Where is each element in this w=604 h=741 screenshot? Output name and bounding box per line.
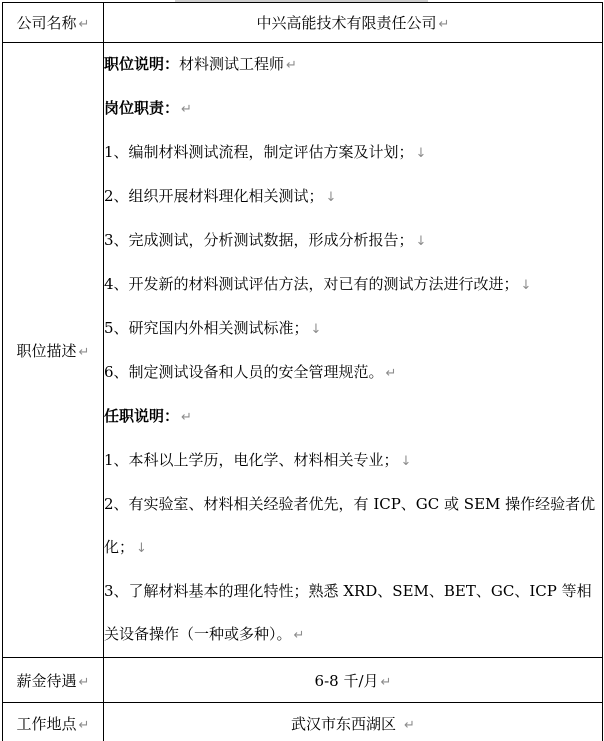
company-name-label: 公司名称 bbox=[17, 14, 77, 32]
paragraph-mark-icon: ↵ bbox=[439, 17, 450, 32]
table-row-company: 公司名称↵ 中兴高能技术有限责任公司↵ bbox=[3, 3, 603, 43]
paragraph-bold-label: 职位说明： bbox=[104, 55, 179, 73]
description-paragraph: 岗位职责：↵ bbox=[104, 87, 602, 131]
paragraph-text: 2、有实验室、材料相关经验者优先，有 ICP、GC 或 SEM 操作经验者优化； bbox=[104, 495, 595, 556]
location-value: 武汉市东西湖区 bbox=[291, 715, 396, 733]
company-name-value-cell: 中兴高能技术有限责任公司↵ bbox=[104, 3, 603, 43]
location-value-cell: 武汉市东西湖区↵ bbox=[104, 703, 603, 741]
description-paragraph: 2、组织开展材料理化相关测试；↓ bbox=[104, 175, 602, 219]
paragraph-mark-icon: ↵ bbox=[79, 345, 90, 360]
description-paragraph: 5、研究国内外相关测试标准；↓ bbox=[104, 307, 602, 351]
salary-value: 6-8 千/月 bbox=[315, 672, 379, 690]
job-posting-table: 公司名称↵ 中兴高能技术有限责任公司↵ 职位描述↵ 职位说明：材料测试工程师↵ … bbox=[2, 2, 603, 741]
location-label: 工作地点 bbox=[17, 715, 77, 733]
paragraph-mark-icon: ↵ bbox=[79, 675, 90, 690]
line-break-mark-icon: ↓ bbox=[136, 541, 147, 556]
paragraph-mark-icon: ↵ bbox=[79, 718, 90, 733]
paragraph-mark-icon: ↵ bbox=[294, 628, 305, 643]
description-paragraph: 4、开发新的材料测试评估方法，对已有的测试方法进行改进；↓ bbox=[104, 263, 602, 307]
paragraph-text: 2、组织开展材料理化相关测试； bbox=[104, 187, 324, 205]
table-row-salary: 薪金待遇↵ 6-8 千/月↵ bbox=[3, 658, 603, 703]
description-paragraph: 职位说明：材料测试工程师↵ bbox=[104, 43, 602, 87]
salary-label: 薪金待遇 bbox=[17, 672, 77, 690]
company-name-label-cell: 公司名称↵ bbox=[3, 3, 104, 43]
paragraph-bold-label: 任职说明： bbox=[104, 407, 179, 425]
paragraph-mark-icon: ↵ bbox=[79, 17, 90, 32]
job-description-label: 职位描述 bbox=[17, 342, 77, 360]
paragraph-mark-icon: ↵ bbox=[286, 58, 297, 73]
line-break-mark-icon: ↓ bbox=[326, 190, 337, 205]
job-description-content-cell: 职位说明：材料测试工程师↵ 岗位职责：↵ 1、编制材料测试流程，制定评估方案及计… bbox=[104, 43, 603, 658]
salary-label-cell: 薪金待遇↵ bbox=[3, 658, 104, 703]
paragraph-mark-icon: ↵ bbox=[181, 410, 192, 425]
company-name-value: 中兴高能技术有限责任公司 bbox=[257, 14, 437, 32]
paragraph-text: 5、研究国内外相关测试标准； bbox=[104, 319, 309, 337]
job-description-label-cell: 职位描述↵ bbox=[3, 43, 104, 658]
line-break-mark-icon: ↓ bbox=[416, 234, 427, 249]
paragraph-mark-icon: ↵ bbox=[386, 366, 397, 381]
line-break-mark-icon: ↓ bbox=[521, 278, 532, 293]
paragraph-bold-label: 岗位职责： bbox=[104, 99, 179, 117]
description-paragraph: 6、制定测试设备和人员的安全管理规范。↵ bbox=[104, 351, 602, 395]
paragraph-mark-icon: ↵ bbox=[381, 675, 392, 690]
paragraph-mark-icon: ↵ bbox=[181, 102, 192, 117]
paragraph-text: 3、了解材料基本的理化特性；熟悉 XRD、SEM、BET、GC、ICP 等相关设… bbox=[104, 582, 592, 643]
paragraph-text: 材料测试工程师 bbox=[179, 55, 284, 73]
paragraph-mark-icon: ↵ bbox=[404, 718, 415, 733]
paragraph-text: 1、本科以上学历，电化学、材料相关专业； bbox=[104, 451, 399, 469]
description-paragraph: 2、有实验室、材料相关经验者优先，有 ICP、GC 或 SEM 操作经验者优化；… bbox=[104, 483, 602, 570]
salary-value-cell: 6-8 千/月↵ bbox=[104, 658, 603, 703]
line-break-mark-icon: ↓ bbox=[401, 454, 412, 469]
paragraph-text: 1、编制材料测试流程，制定评估方案及计划； bbox=[104, 143, 414, 161]
paragraph-text: 3、完成测试，分析测试数据，形成分析报告； bbox=[104, 231, 414, 249]
table-row-location: 工作地点↵ 武汉市东西湖区↵ bbox=[3, 703, 603, 741]
description-paragraph: 1、本科以上学历，电化学、材料相关专业；↓ bbox=[104, 439, 602, 483]
line-break-mark-icon: ↓ bbox=[311, 322, 322, 337]
description-paragraph: 3、了解材料基本的理化特性；熟悉 XRD、SEM、BET、GC、ICP 等相关设… bbox=[104, 570, 602, 657]
table-row-description: 职位描述↵ 职位说明：材料测试工程师↵ 岗位职责：↵ 1、编制材料测试流程，制定… bbox=[3, 43, 603, 658]
paragraph-text: 4、开发新的材料测试评估方法，对已有的测试方法进行改进； bbox=[104, 275, 519, 293]
description-paragraph: 3、完成测试，分析测试数据，形成分析报告；↓ bbox=[104, 219, 602, 263]
description-paragraph: 1、编制材料测试流程，制定评估方案及计划；↓ bbox=[104, 131, 602, 175]
location-label-cell: 工作地点↵ bbox=[3, 703, 104, 741]
description-paragraph: 任职说明：↵ bbox=[104, 395, 602, 439]
paragraph-text: 6、制定测试设备和人员的安全管理规范。 bbox=[104, 363, 384, 381]
line-break-mark-icon: ↓ bbox=[416, 146, 427, 161]
